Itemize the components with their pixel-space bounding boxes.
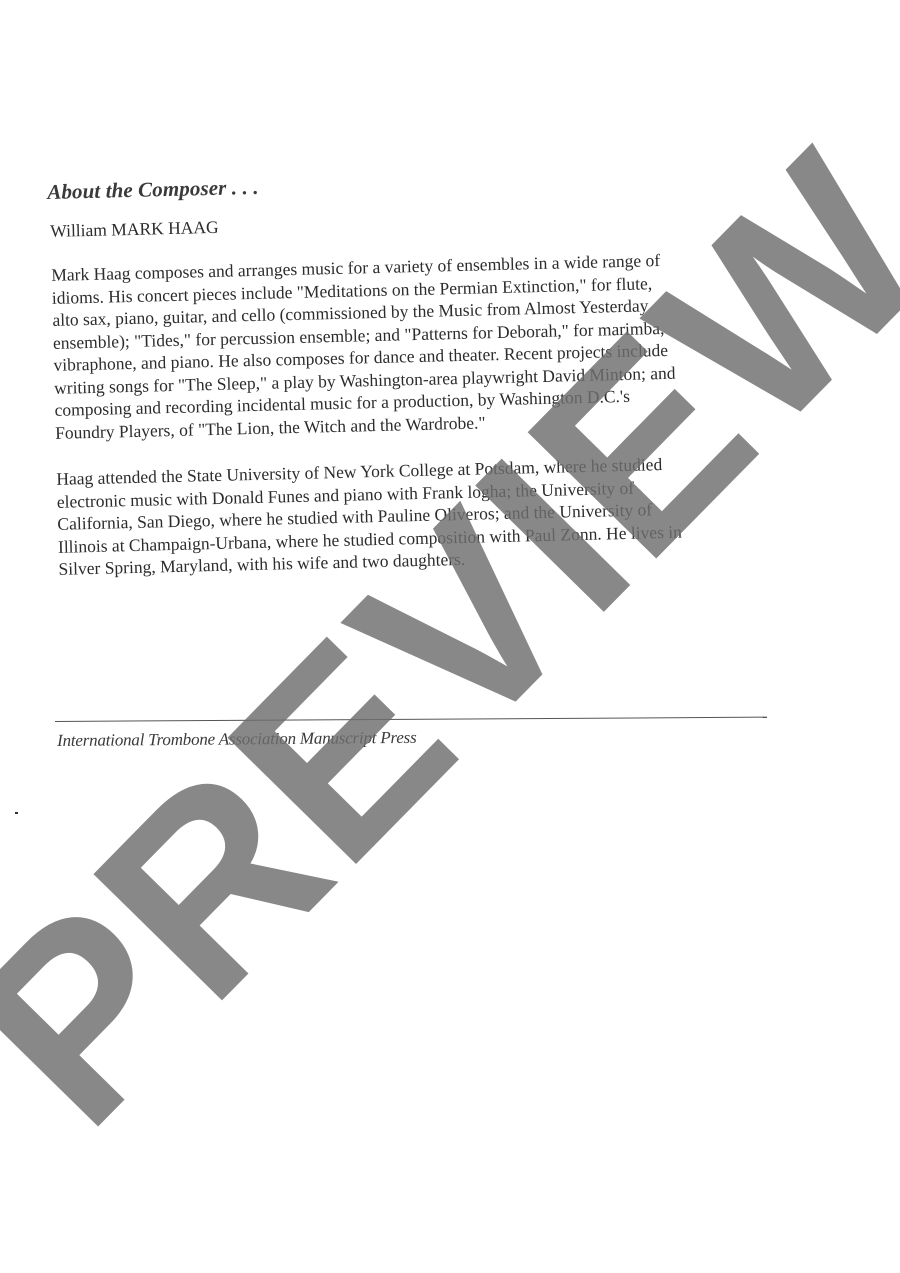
scan-speck bbox=[15, 812, 18, 814]
publisher-footer: International Trombone Association Manus… bbox=[57, 728, 417, 751]
document-body: About the Composer . . . William MARK HA… bbox=[47, 162, 787, 604]
biography-paragraph-1: Mark Haag composes and arranges music fo… bbox=[51, 246, 783, 444]
footer-divider bbox=[55, 717, 767, 722]
composer-name: William MARK HAAG bbox=[50, 203, 778, 242]
biography-paragraph-2: Haag attended the State University of Ne… bbox=[56, 450, 787, 580]
section-heading: About the Composer . . . bbox=[47, 162, 777, 205]
